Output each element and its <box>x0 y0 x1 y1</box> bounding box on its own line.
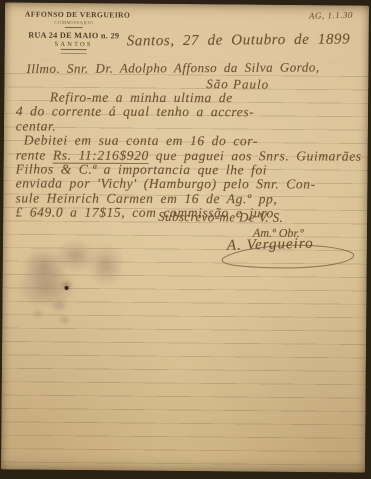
addressee-line: Illmo. Snr. Dr. Adolpho Affonso da Silva… <box>26 59 369 77</box>
body-text: que paguei aos Snrs. Guimarães <box>149 148 362 164</box>
body-text: rente <box>16 147 53 162</box>
body-line: 4 do corrente á qual tenho a accres- <box>16 105 368 121</box>
stain <box>87 243 125 287</box>
letterhead: AFFONSO DE VERGUEIRO COMMISSARIO RUA 24 … <box>25 10 123 55</box>
archive-annotation: AG, 1.1.30 <box>309 10 353 21</box>
ornament-flourish <box>61 49 87 54</box>
letterhead-subtitle: COMMISSARIO <box>25 20 123 26</box>
letterhead-name: AFFONSO DE VERGUEIRO <box>25 10 123 20</box>
stain <box>58 315 71 325</box>
signature: A. Vergueiro <box>227 236 314 255</box>
stain <box>32 309 43 318</box>
letterhead-city: SANTOS <box>25 41 123 49</box>
paper-sheet: AFFONSO DE VERGUEIRO COMMISSARIO RUA 24 … <box>1 2 369 472</box>
ornament-divider <box>65 27 83 28</box>
closing-line: Subscrevo-me De V. S. <box>158 209 283 226</box>
stain <box>55 239 97 273</box>
dateline: Santos, 27 de Outubro de 1899 <box>127 31 351 50</box>
stain <box>50 299 68 312</box>
stain <box>21 247 67 285</box>
letterhead-address: RUA 24 DE MAIO n. 29 <box>25 31 123 41</box>
ink-speck <box>65 286 69 290</box>
letter-body: Refiro-me a minha ultima de 4 do corrent… <box>15 90 367 221</box>
